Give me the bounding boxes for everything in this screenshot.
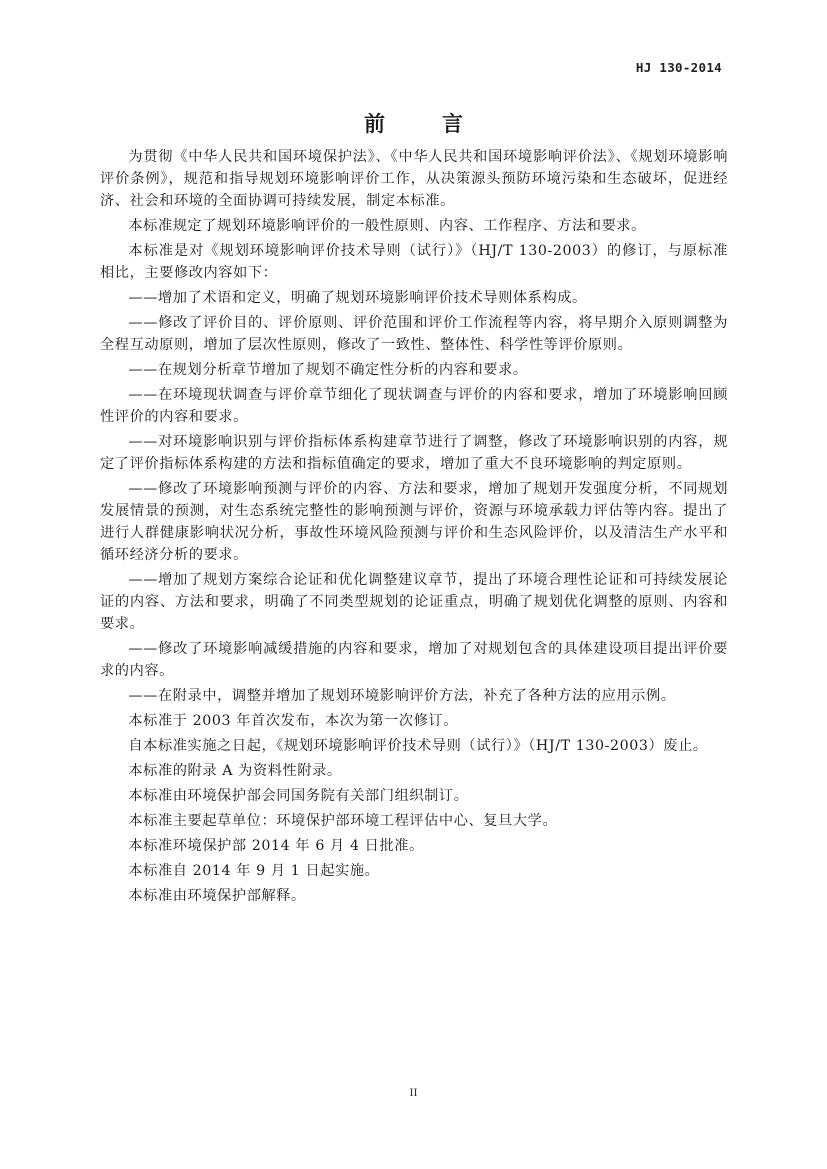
revision-item-terms: ——增加了术语和定义，明确了规划环境影响评价技术导则体系构成。 <box>100 287 728 309</box>
page-number: II <box>0 1085 827 1100</box>
revision-item-impact-prediction: ——修改了环境影响预测与评价的内容、方法和要求，增加了规划开发强度分析，不同规划… <box>100 478 728 566</box>
paragraph-scope: 本标准规定了规划环境影响评价的一般性原则、内容、工作程序、方法和要求。 <box>100 215 728 237</box>
paragraph-interpretation: 本标准由环境保护部解释。 <box>100 885 728 907</box>
page-title: 前 言 <box>0 108 827 138</box>
paragraph-appendix-note: 本标准的附录 A 为资料性附录。 <box>100 760 728 782</box>
paragraph-purpose: 为贯彻《中华人民共和国环境保护法》、《中华人民共和国环境影响评价法》、《规划环境… <box>100 146 728 212</box>
revision-item-baseline-survey: ——在环境现状调查与评价章节细化了现状调查与评价的内容和要求，增加了环境影响回顾… <box>100 384 728 428</box>
revision-item-plan-analysis: ——在规划分析章节增加了规划不确定性分析的内容和要求。 <box>100 359 728 381</box>
paragraph-approval-date: 本标准环境保护部 2014 年 6 月 4 日批准。 <box>100 835 728 857</box>
revision-item-principles: ——修改了评价目的、评价原则、评价范围和评价工作流程等内容，将早期介入原则调整为… <box>100 312 728 356</box>
revision-item-appendix: ——在附录中，调整并增加了规划环境影响评价方法，补充了各种方法的应用示例。 <box>100 685 728 707</box>
paragraph-effective-date: 本标准自 2014 年 9 月 1 日起实施。 <box>100 860 728 882</box>
paragraph-revision-intro: 本标准是对《规划环境影响评价技术导则（试行）》（HJ/T 130-2003）的修… <box>100 240 728 284</box>
document-body: 为贯彻《中华人民共和国环境保护法》、《中华人民共和国环境影响评价法》、《规划环境… <box>100 146 728 910</box>
paragraph-organizer: 本标准由环境保护部会同国务院有关部门组织制订。 <box>100 785 728 807</box>
paragraph-first-release: 本标准于 2003 年首次发布，本次为第一次修订。 <box>100 710 728 732</box>
revision-item-impact-identification: ——对环境影响识别与评价指标体系构建章节进行了调整，修改了环境影响识别的内容，规… <box>100 431 728 475</box>
revision-item-plan-demonstration: ——增加了规划方案综合论证和优化调整建议章节，提出了环境合理性论证和可持续发展论… <box>100 569 728 635</box>
standard-code-header: HJ 130-2014 <box>636 60 722 75</box>
revision-item-mitigation: ——修改了环境影响减缓措施的内容和要求，增加了对规划包含的具体建设项目提出评价要… <box>100 638 728 682</box>
paragraph-abolished: 自本标准实施之日起，《规划环境影响评价技术导则（试行）》（HJ/T 130-20… <box>100 735 728 757</box>
paragraph-drafters: 本标准主要起草单位：环境保护部环境工程评估中心、复旦大学。 <box>100 810 728 832</box>
